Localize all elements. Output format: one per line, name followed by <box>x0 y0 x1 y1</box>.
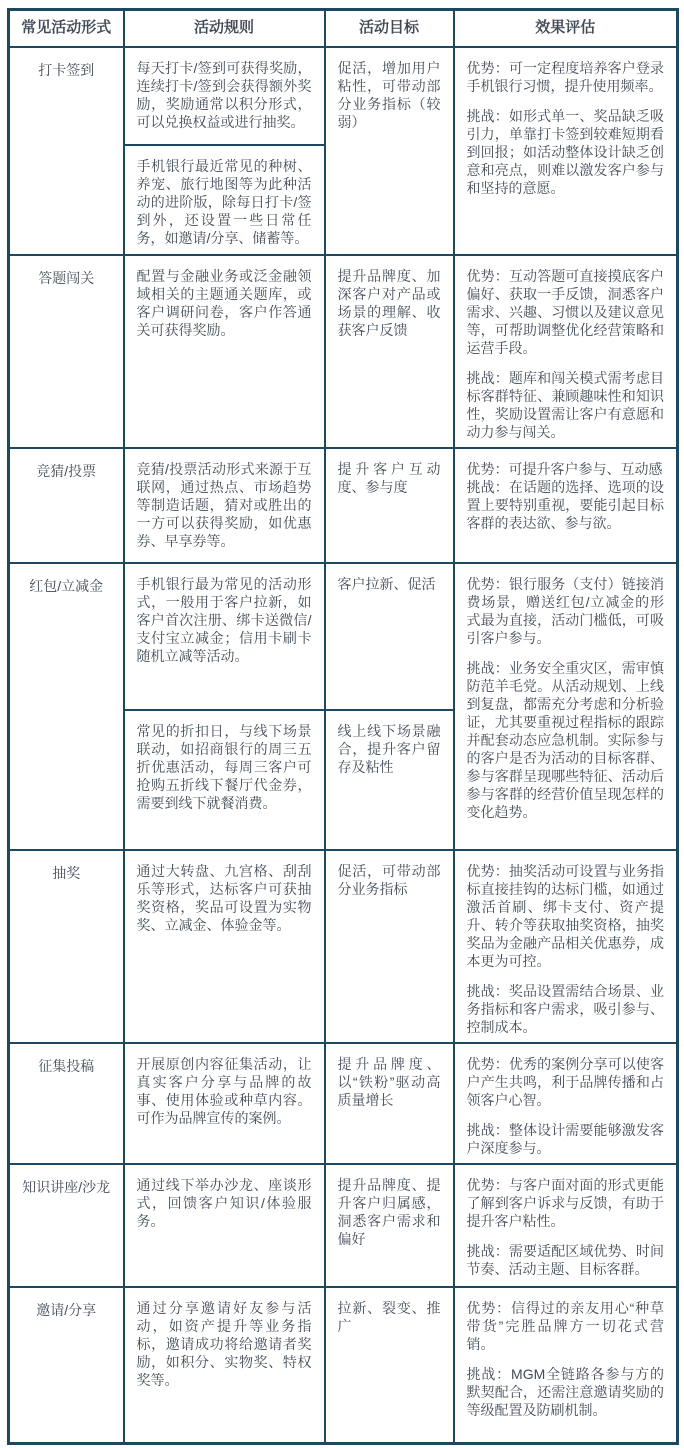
cell-form-lottery: 抽奖 <box>9 850 124 1043</box>
cell-goal-checkin: 促活，增加用户粘性，可带动部分业务指标（较弱） <box>325 47 454 255</box>
table-row-invite-share: 邀请/分享 通过分享邀请好友参与活动，如资产提升等业务指标，邀请成功将给邀请者奖… <box>9 1287 678 1444</box>
challenge-paragraph: 挑战：题库和闯关模式需考虑目标客群特征、兼顾趣味性和知识性，奖励设置需让客户有意… <box>467 369 665 441</box>
advantage-paragraph: 优势：与客户面对面的形式更能了解到客户诉求与反馈，有助于提升客户粘性。 <box>467 1176 665 1230</box>
cell-evaluation-quiz: 优势：互动答题可直接摸底客户偏好、获取一手反馈，洞悉客户需求、兴趣、习惯以及建议… <box>454 255 678 448</box>
cell-form-redpacket: 红包/立减金 <box>9 563 124 850</box>
cell-form-guess-vote: 竞猜/投票 <box>9 448 124 563</box>
cell-goal-redpacket-1: 客户拉新、促活 <box>325 563 454 710</box>
paragraph: 竞猜/投票活动形式来源于互联网，通过热点、市场趋势等制造话题，猜对或胜出的一方可… <box>137 460 312 550</box>
challenge-paragraph: 挑战：整体设计需要能够激发客户深度参与。 <box>467 1121 665 1157</box>
cell-rule-checkin-1: 每天打卡/签到可获得奖励，连续打卡/签到会获得额外奖励，奖励通常以积分形式，可以… <box>124 47 325 145</box>
header-cell-rule: 活动规则 <box>124 10 325 47</box>
cell-rule-redpacket-2: 常见的折扣日，与线下场景联动，如招商银行的周三五折优惠活动，每周三客户可抢购五折… <box>124 710 325 850</box>
advantage-paragraph: 优势：优秀的案例分享可以使客户产生共鸣，利于品牌传播和占领客户心智。 <box>467 1055 665 1109</box>
cell-form-invite-share: 邀请/分享 <box>9 1287 124 1444</box>
table-row-lottery: 抽奖 通过大转盘、九宫格、刮刮乐等形式，达标客户可获抽奖资格，奖品可设置为实物奖… <box>9 850 678 1043</box>
paragraph: 促活，可带动部分业务指标 <box>338 862 441 898</box>
cell-evaluation-checkin: 优势：可一定程度培养客户登录手机银行习惯，提升使用频率。 挑战：如形式单一、奖品… <box>454 47 678 255</box>
cell-rule-quiz: 配置与金融业务或泛金融领域相关的主题通关题库，或客户调研问卷，客户作答通关可获得… <box>124 255 325 448</box>
advantage-paragraph: 优势：信得过的亲友用心“种草带货”完胜品牌方一切花式营销。 <box>467 1299 665 1353</box>
cell-goal-lecture-salon: 提升品牌度、提升客户归属感，洞悉客户需求和偏好 <box>325 1164 454 1287</box>
table-row-guess-vote: 竞猜/投票 竞猜/投票活动形式来源于互联网，通过热点、市场趋势等制造话题，猜对或… <box>9 448 678 563</box>
table-row-submission: 征集投稿 开展原创内容征集活动，让真实客户分享与品牌的故事、使用体验或种草内容。… <box>9 1043 678 1164</box>
paragraph: 促活，增加用户粘性，可带动部分业务指标（较弱） <box>338 59 441 131</box>
cell-goal-redpacket-2: 线上线下场景融合，提升客户留存及粘性 <box>325 710 454 850</box>
challenge-paragraph: 挑战：如形式单一、奖品缺乏吸引力，单靠打卡签到较难短期看到回报；如活动整体设计缺… <box>467 107 665 197</box>
table-header-row: 常见活动形式 活动规则 活动目标 效果评估 <box>9 10 678 47</box>
table-row-quiz: 答题闯关 配置与金融业务或泛金融领域相关的主题通关题库，或客户调研问卷，客户作答… <box>9 255 678 448</box>
cell-goal-lottery: 促活，可带动部分业务指标 <box>325 850 454 1043</box>
challenge-paragraph: 挑战：在话题的选择、选项的设置上要特别重视，要能引起目标客群的表达欲、参与欲。 <box>467 478 665 532</box>
paragraph: 配置与金融业务或泛金融领域相关的主题通关题库，或客户调研问卷，客户作答通关可获得… <box>137 267 312 339</box>
table-row-redpacket: 红包/立减金 手机银行最为常见的活动形式，一般用于客户拉新，如客户首次注册、绑卡… <box>9 563 678 710</box>
cell-evaluation-invite-share: 优势：信得过的亲友用心“种草带货”完胜品牌方一切花式营销。 挑战：MGM全链路各… <box>454 1287 678 1444</box>
cell-rule-lottery: 通过大转盘、九宫格、刮刮乐等形式，达标客户可获抽奖资格，奖品可设置为实物奖、立减… <box>124 850 325 1043</box>
paragraph: 通过线下举办沙龙、座谈形式，回馈客户知识/体验服务。 <box>137 1176 312 1230</box>
cell-form-quiz: 答题闯关 <box>9 255 124 448</box>
cell-form-checkin: 打卡签到 <box>9 47 124 255</box>
paragraph: 开展原创内容征集活动，让真实客户分享与品牌的故事、使用体验或种草内容。可作为品牌… <box>137 1055 312 1127</box>
paragraph: 每天打卡/签到可获得奖励，连续打卡/签到会获得额外奖励，奖励通常以积分形式，可以… <box>137 59 312 131</box>
paragraph: 提升品牌度、以“铁粉”驱动高质量增长 <box>338 1055 441 1109</box>
challenge-paragraph: 挑战：MGM全链路各参与方的默契配合，还需注意邀请奖励的等级配置及防刷机制。 <box>467 1365 665 1419</box>
cell-rule-checkin-2: 手机银行最近常见的种树、养宠、旅行地图等为此种活动的进阶版，除每日打卡/签到外，… <box>124 145 325 255</box>
cell-evaluation-redpacket: 优势：银行服务（支付）链接消费场景，赠送红包/立减金的形式最为直接，活动门槛低，… <box>454 563 678 850</box>
cell-rule-redpacket-1: 手机银行最为常见的活动形式，一般用于客户拉新，如客户首次注册、绑卡送微信/支付宝… <box>124 563 325 710</box>
header-cell-form: 常见活动形式 <box>9 10 124 47</box>
cell-form-submission: 征集投稿 <box>9 1043 124 1164</box>
paragraph: 手机银行最近常见的种树、养宠、旅行地图等为此种活动的进阶版，除每日打卡/签到外，… <box>137 157 312 247</box>
cell-goal-submission: 提升品牌度、以“铁粉”驱动高质量增长 <box>325 1043 454 1164</box>
paragraph: 线上线下场景融合，提升客户留存及粘性 <box>338 722 441 776</box>
paragraph: 提升客户互动度、参与度 <box>338 460 441 496</box>
cell-rule-lecture-salon: 通过线下举办沙龙、座谈形式，回馈客户知识/体验服务。 <box>124 1164 325 1287</box>
challenge-paragraph: 挑战：业务安全重灾区，需审慎防范羊毛党。从活动规划、上线到复盘，都需充分考虑和分… <box>467 659 665 821</box>
advantage-paragraph: 优势：可一定程度培养客户登录手机银行习惯，提升使用频率。 <box>467 59 665 95</box>
cell-evaluation-submission: 优势：优秀的案例分享可以使客户产生共鸣，利于品牌传播和占领客户心智。 挑战：整体… <box>454 1043 678 1164</box>
paragraph: 提升品牌度、提升客户归属感，洞悉客户需求和偏好 <box>338 1176 441 1248</box>
cell-evaluation-lottery: 优势：抽奖活动可设置与业务指标直接挂钩的达标门槛，如通过激活首刷、绑卡支付、资产… <box>454 850 678 1043</box>
cell-evaluation-lecture-salon: 优势：与客户面对面的形式更能了解到客户诉求与反馈，有助于提升客户粘性。 挑战：需… <box>454 1164 678 1287</box>
challenge-paragraph: 挑战：需要适配区域优势、时间节奏、活动主题、目标客群。 <box>467 1242 665 1278</box>
cell-goal-guess-vote: 提升客户互动度、参与度 <box>325 448 454 563</box>
paragraph: 拉新、裂变、推广 <box>338 1299 441 1335</box>
cell-goal-quiz: 提升品牌度、加深客户对产品或场景的理解、收获客户反馈 <box>325 255 454 448</box>
header-cell-evaluation: 效果评估 <box>454 10 678 47</box>
challenge-paragraph: 挑战：奖品设置需结合场景、业务指标和客户需求，吸引参与、控制成本。 <box>467 982 665 1036</box>
advantage-paragraph: 优势：银行服务（支付）链接消费场景，赠送红包/立减金的形式最为直接，活动门槛低，… <box>467 575 665 647</box>
advantage-paragraph: 优势：抽奖活动可设置与业务指标直接挂钩的达标门槛，如通过激活首刷、绑卡支付、资产… <box>467 862 665 970</box>
paragraph: 通过分享邀请好友参与活动，如资产提升等业务指标，邀请成功将给邀请者奖励，如积分、… <box>137 1299 312 1389</box>
cell-rule-invite-share: 通过分享邀请好友参与活动，如资产提升等业务指标，邀请成功将给邀请者奖励，如积分、… <box>124 1287 325 1444</box>
cell-form-lecture-salon: 知识讲座/沙龙 <box>9 1164 124 1287</box>
advantage-paragraph: 优势：可提升客户参与、互动感 <box>467 460 665 478</box>
table-row-lecture-salon: 知识讲座/沙龙 通过线下举办沙龙、座谈形式，回馈客户知识/体验服务。 提升品牌度… <box>9 1164 678 1287</box>
paragraph: 通过大转盘、九宫格、刮刮乐等形式，达标客户可获抽奖资格，奖品可设置为实物奖、立减… <box>137 862 312 934</box>
paragraph: 手机银行最为常见的活动形式，一般用于客户拉新，如客户首次注册、绑卡送微信/支付宝… <box>137 575 312 665</box>
paragraph: 提升品牌度、加深客户对产品或场景的理解、收获客户反馈 <box>338 267 441 339</box>
advantage-paragraph: 优势：互动答题可直接摸底客户偏好、获取一手反馈，洞悉客户需求、兴趣、习惯以及建议… <box>467 267 665 357</box>
cell-goal-invite-share: 拉新、裂变、推广 <box>325 1287 454 1444</box>
table-row-checkin: 打卡签到 每天打卡/签到可获得奖励，连续打卡/签到会获得额外奖励，奖励通常以积分… <box>9 47 678 145</box>
cell-rule-submission: 开展原创内容征集活动，让真实客户分享与品牌的故事、使用体验或种草内容。可作为品牌… <box>124 1043 325 1164</box>
cell-rule-guess-vote: 竞猜/投票活动形式来源于互联网，通过热点、市场趋势等制造话题，猜对或胜出的一方可… <box>124 448 325 563</box>
paragraph: 常见的折扣日，与线下场景联动，如招商银行的周三五折优惠活动，每周三客户可抢购五折… <box>137 722 312 812</box>
paragraph: 客户拉新、促活 <box>338 575 441 593</box>
activity-types-table: 常见活动形式 活动规则 活动目标 效果评估 打卡签到 每天打卡/签到可获得奖励，… <box>7 8 679 1445</box>
document-page: 常见活动形式 活动规则 活动目标 效果评估 打卡签到 每天打卡/签到可获得奖励，… <box>0 0 684 1445</box>
cell-evaluation-guess-vote: 优势：可提升客户参与、互动感 挑战：在话题的选择、选项的设置上要特别重视，要能引… <box>454 448 678 563</box>
header-cell-goal: 活动目标 <box>325 10 454 47</box>
